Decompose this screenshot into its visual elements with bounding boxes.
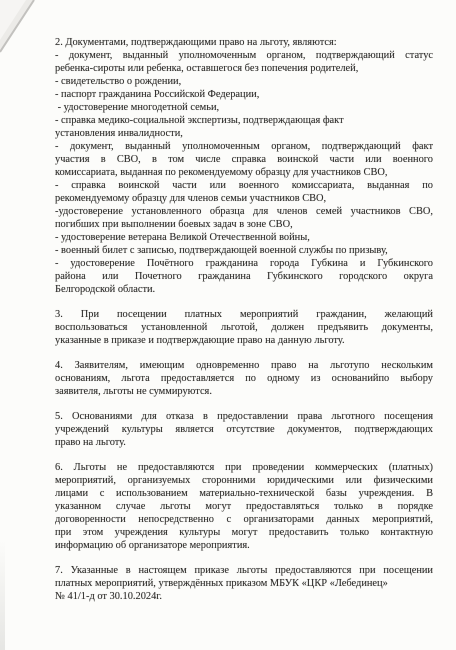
text-line: лицами с использованием материально-техн…	[55, 487, 433, 500]
text-line: 4. Заявителям, имеющим одновременно прав…	[55, 359, 433, 372]
text-line: платных мероприятий, утверждённых приказ…	[55, 577, 433, 590]
text-line: установления инвалидности,	[55, 127, 433, 140]
paragraph-2: 2. Документами, подтверждающими право на…	[55, 36, 433, 296]
text-line: - удостоверение ветерана Великой Отечест…	[55, 231, 433, 244]
text-line: 5. Основаниями для отказа в предоставлен…	[55, 410, 433, 423]
text-line: указанном случае льготы могут предоставл…	[55, 500, 433, 513]
text-line: ребенка-сироты или ребенка, оставшегося …	[55, 62, 433, 75]
text-line: 3. При посещении платных мероприятий гра…	[55, 308, 433, 321]
text-line: 7. Указанные в настоящем приказе льготы …	[55, 564, 433, 577]
text-line: учреждений культуры является отсутствие …	[55, 423, 433, 436]
text-line: 6. Льготы не предоставляются при проведе…	[55, 461, 433, 474]
text-line: - удостоверение Почётного гражданина гор…	[55, 257, 433, 270]
text-line: воспользоваться установленной льготой, д…	[55, 321, 433, 334]
text-line: № 41/1-д от 30.10.2024г.	[55, 590, 433, 603]
text-line: - справка воинской части или военного ко…	[55, 179, 433, 192]
text-line: - документ, выданный уполномоченным орга…	[55, 49, 433, 62]
text-line: 2. Документами, подтверждающими право на…	[55, 36, 433, 49]
text-line: - военный билет с записью, подтверждающе…	[55, 244, 433, 257]
text-line: участия в СВО, в том числе справка воинс…	[55, 153, 433, 166]
text-line: право на льготу.	[55, 436, 433, 449]
text-line: информацию об организаторе мероприятия.	[55, 539, 433, 552]
text-line: района или Почетного гражданина Губкинск…	[55, 270, 433, 283]
paragraph-5: 5. Основаниями для отказа в предоставлен…	[55, 410, 433, 449]
text-line: договоренности непосредственно с организ…	[55, 513, 433, 526]
text-line: - паспорт гражданина Российской Федераци…	[55, 88, 433, 101]
document-text: 2. Документами, подтверждающими право на…	[55, 36, 433, 615]
text-line: - удостоверение многодетной семьи,	[55, 101, 433, 114]
paragraph-7: 7. Указанные в настоящем приказе льготы …	[55, 564, 433, 603]
text-line: Белгородской области.	[55, 283, 433, 296]
document-page: 2. Документами, подтверждающими право на…	[0, 0, 456, 650]
text-line: при этом учреждения культуры могут предо…	[55, 526, 433, 539]
text-line: мероприятий, организуемых сторонними юри…	[55, 474, 433, 487]
text-line: основаниям, льгота предоставляется по од…	[55, 372, 433, 385]
paragraph-6: 6. Льготы не предоставляются при проведе…	[55, 461, 433, 552]
text-line: погибших при выполнении боевых задач в з…	[55, 218, 433, 231]
paragraph-4: 4. Заявителям, имеющим одновременно прав…	[55, 359, 433, 398]
text-line: - документ, выданный уполномоченным орга…	[55, 140, 433, 153]
text-line: заявителя, льготы не суммируются.	[55, 385, 433, 398]
text-line: комиссариата, выданная по рекомендуемому…	[55, 166, 433, 179]
scan-edge-shadow	[0, 540, 5, 650]
paragraph-3: 3. При посещении платных мероприятий гра…	[55, 308, 433, 347]
text-line: рекомендуемому образцу для членов семьи …	[55, 192, 433, 205]
page-corner-fold	[0, 0, 44, 58]
text-line: -удостоверение установленного образца дл…	[55, 205, 433, 218]
text-line: - справка медико-социальной экспертизы, …	[55, 114, 433, 127]
text-line: - свидетельство о рождении,	[55, 75, 433, 88]
text-line: указанные в приказе и подтверждающие пра…	[55, 334, 433, 347]
